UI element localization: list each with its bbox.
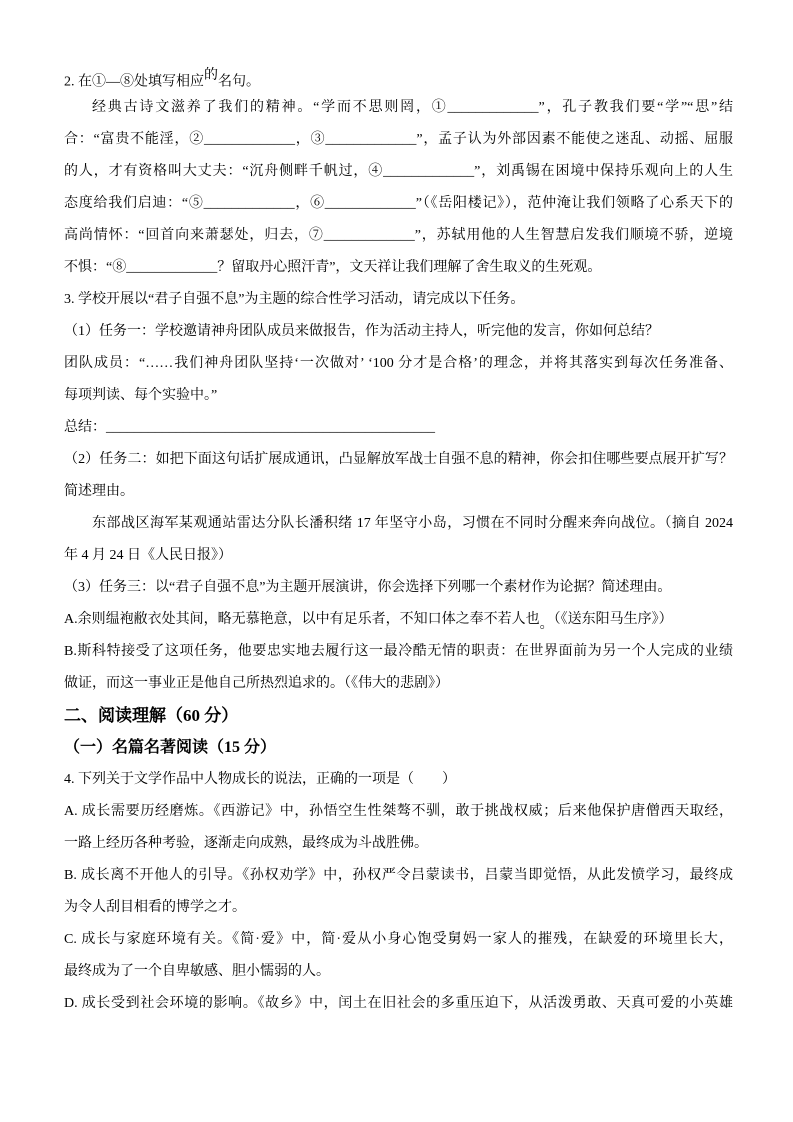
q2-passage-line-3: 的人，才有资格叫大丈夫：“沉舟侧畔千帆过，④_____________”，刘禹锡… xyxy=(64,156,733,188)
q3-news-excerpt-line-1: 东部战区海军某观通站雷达分队长潘积绪 17 年坚守小岛，习惯在不同时分醒来奔向战… xyxy=(64,508,733,540)
q4-option-a-line-1: A. 成长需要历经磨炼。《西游记》中，孙悟空生性桀骜不驯，敢于挑战权威；后来他保… xyxy=(64,796,733,828)
text-fragment: 的 xyxy=(204,68,218,83)
question-2-heading: 2. 在①—⑧处填写相应的名句。 xyxy=(64,60,733,92)
q3-task-2-line-1: （2）任务二：如把下面这句话扩展成通讯，凸显解放军战士自强不息的精神，你会扣住哪… xyxy=(64,444,733,476)
text-fragment: 2. 在①—⑧处填写相应 xyxy=(64,74,204,89)
section-2-header: 二、阅读理解（60 分） xyxy=(64,700,733,732)
text-fragment: 名句。 xyxy=(218,74,260,89)
q2-passage-line-1: 经典古诗文滋养了我们的精神。“学而不思则罔，①_____________”，孔子… xyxy=(64,92,733,124)
q3-task-1: （1）任务一：学校邀请神舟团队成员来做报告，作为活动主持人，听完他的发言，你如何… xyxy=(64,316,733,348)
document-page: 2. 在①—⑧处填写相应的名句。经典古诗文滋养了我们的精神。“学而不思则罔，①_… xyxy=(0,0,793,1122)
q2-passage-line-5: 高尚情怀：“回首向来萧瑟处，归去，⑦_____________”，苏轼用他的人生… xyxy=(64,220,733,252)
q3-option-b-line-1: B.斯科特接受了这项任务，他要忠实地去履行这一最冷酷无情的职责：在世界面前为另一… xyxy=(64,636,733,668)
q4-option-d-line-1: D. 成长受到社会环境的影响。《故乡》中，闰土在旧社会的多重压迫下，从活泼勇敢、… xyxy=(64,988,733,1020)
q3-option-a: A.余则缊袍敝衣处其间，略无慕艳意，以中有足乐者，不知口体之奉不若人也。（《送东… xyxy=(64,604,733,636)
q4-option-b-line-1: B. 成长离不开他人的引导。《孙权劝学》中，孙权严令吕蒙读书，吕蒙当即觉悟，从此… xyxy=(64,860,733,892)
q4-option-c-line-2: 最终成为了一个自卑敏感、胆小懦弱的人。 xyxy=(64,956,733,988)
q3-team-member-quote-line-2: 每项判读、每个实验中。” xyxy=(64,380,733,412)
q4-option-b-line-2: 为令人刮目相看的博学之才。 xyxy=(64,892,733,924)
q4-option-a-line-2: 一路上经历各种考验，逐渐走向成熟，最终成为斗战胜佛。 xyxy=(64,828,733,860)
text-fragment: 。 xyxy=(540,617,554,632)
q3-task-2-line-2: 简述理由。 xyxy=(64,476,733,508)
exam-content: 2. 在①—⑧处填写相应的名句。经典古诗文滋养了我们的精神。“学而不思则罔，①_… xyxy=(64,60,733,1020)
q2-passage-line-4: 态度给我们启迪：“⑤_____________，⑥_____________”（… xyxy=(64,188,733,220)
q3-summary-blank: 总结：_____________________________________… xyxy=(64,412,733,444)
q3-news-excerpt-line-2: 年 4 月 24 日《人民日报》） xyxy=(64,540,733,572)
subsection-1-header: （一）名篇名著阅读（15 分） xyxy=(64,732,733,764)
question-4-heading: 4. 下列关于文学作品中人物成长的说法，正确的一项是（ ） xyxy=(64,764,733,796)
question-3-heading: 3. 学校开展以“君子自强不息”为主题的综合性学习活动，请完成以下任务。 xyxy=(64,284,733,316)
q2-passage-line-6: 不惧：“⑧_____________？留取丹心照汗青”，文天祥让我们理解了舍生取… xyxy=(64,252,733,284)
q3-team-member-quote-line-1: 团队成员：“……我们神舟团队坚持‘一次做对’ ‘100 分才是合格’的理念，并将… xyxy=(64,348,733,380)
text-fragment: （《送东阳马生序》） xyxy=(554,612,673,627)
q4-option-c-line-1: C. 成长与家庭环境有关。《简·爱》中，简·爱从小身心饱受舅妈一家人的摧残，在缺… xyxy=(64,924,733,956)
text-fragment: A.余则缊袍敝衣处其间，略无慕艳意，以中有足乐者，不知口体之奉不若人也 xyxy=(64,612,540,627)
q3-task-3: （3）任务三：以“君子自强不息”为主题开展演讲，你会选择下列哪一个素材作为论据？… xyxy=(64,572,733,604)
q2-passage-line-2: 合：“富贵不能淫，②_____________，③_____________”，… xyxy=(64,124,733,156)
q3-option-b-line-2: 做证，而这一事业正是他自己所热烈追求的。（《伟大的悲剧》） xyxy=(64,668,733,700)
